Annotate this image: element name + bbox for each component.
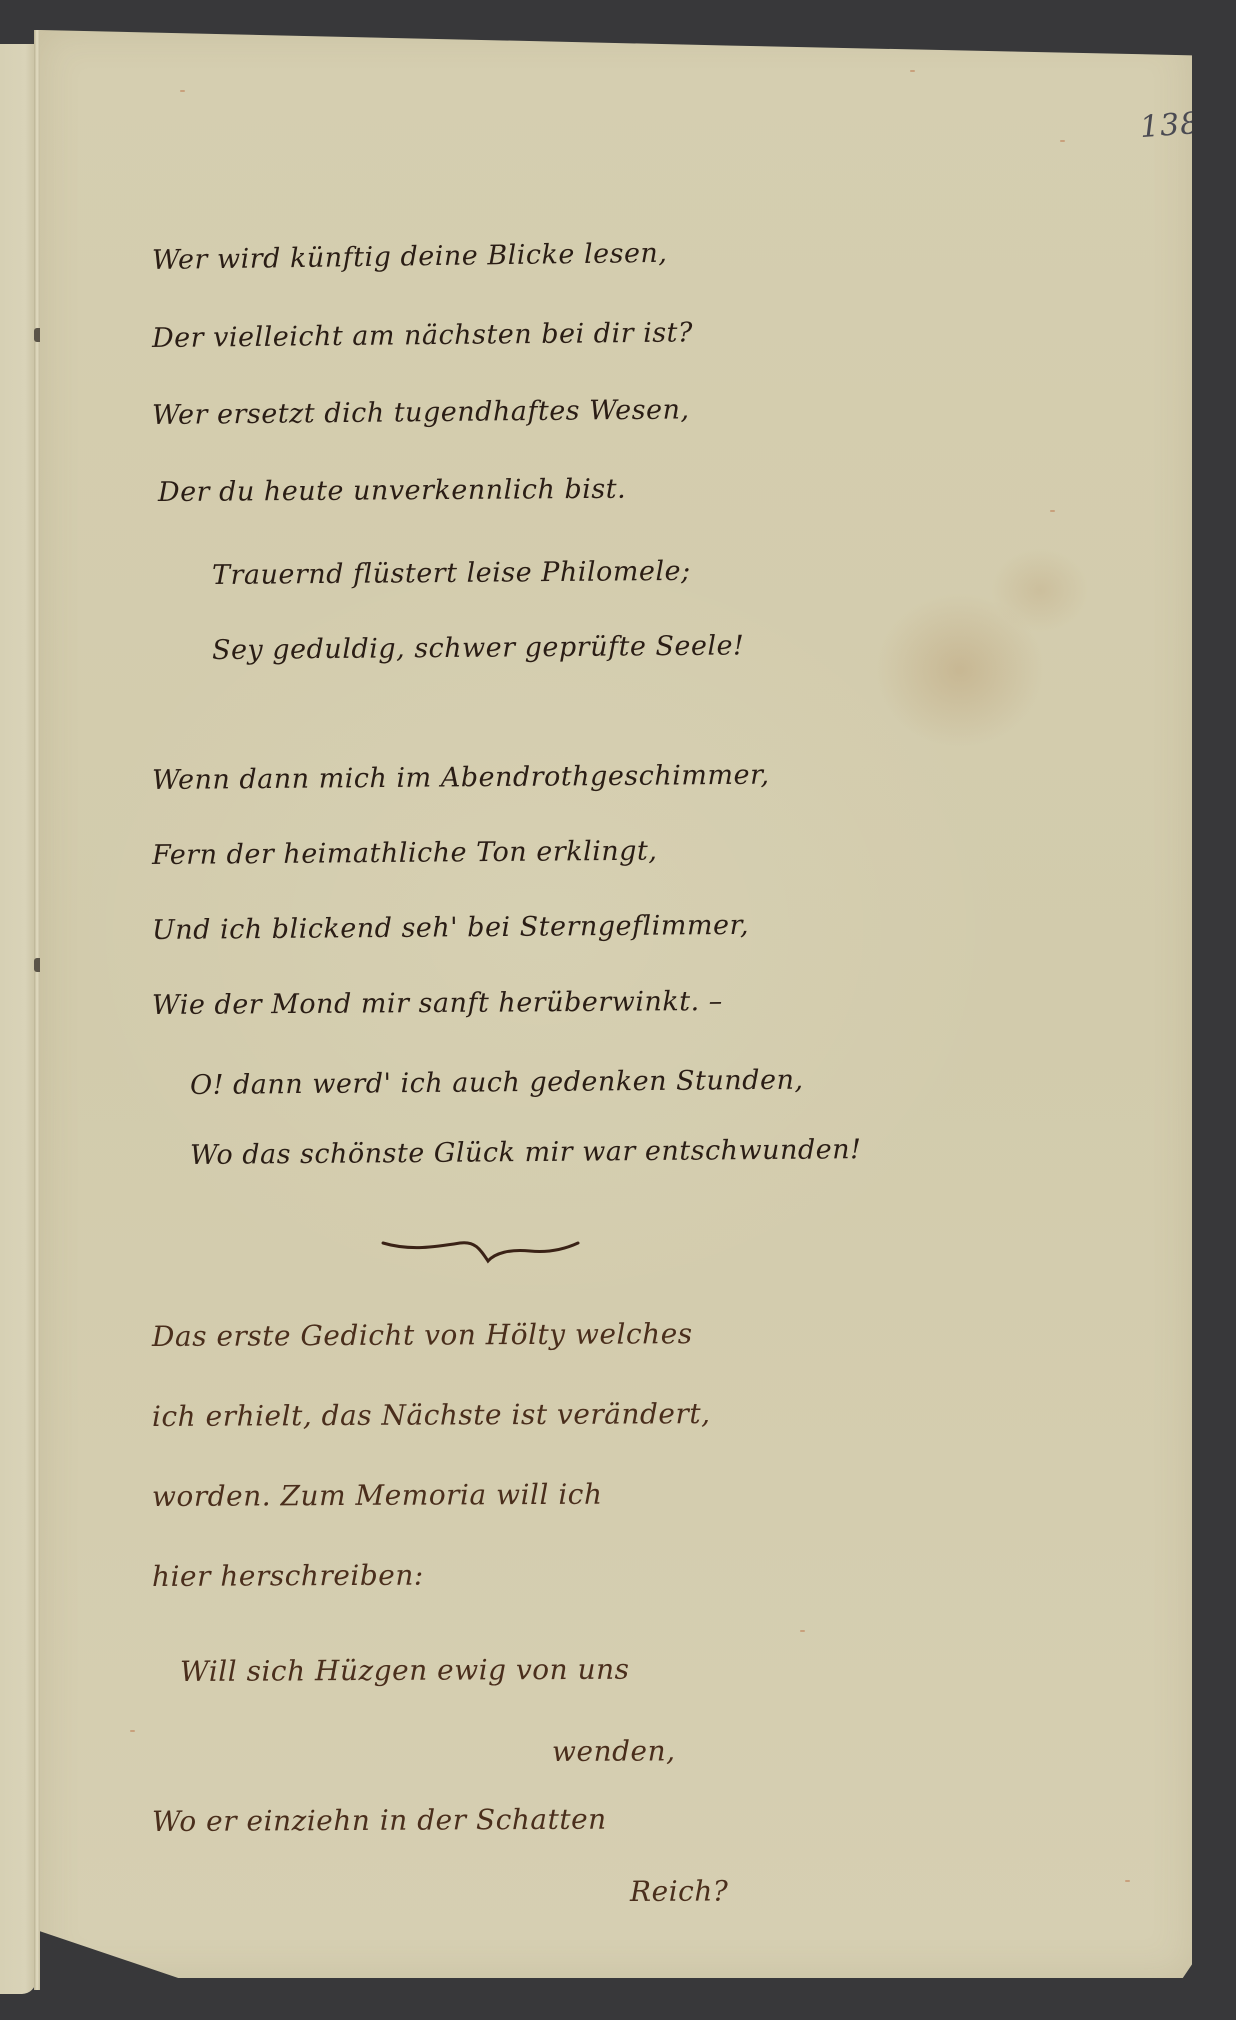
verse-line: Wer ersetzt dich tugendhaftes Wesen, — [152, 394, 690, 431]
paper-fleck — [130, 1730, 135, 1732]
verse-line: Der vielleicht am nächsten bei dir ist? — [152, 317, 693, 354]
verse-line: Trauernd flüstert leise Philomele; — [212, 556, 691, 591]
quoted-line: Reich? — [630, 1874, 729, 1908]
verse-line: O! dann werd' ich auch gedenken Stunden, — [190, 1065, 804, 1101]
verse-line: Sey geduldig, schwer geprüfte Seele! — [212, 630, 745, 666]
quoted-line: Wo er einziehn in der Schatten — [152, 1803, 607, 1838]
paper-fleck — [1050, 510, 1055, 512]
note-line: hier herschreiben: — [152, 1559, 424, 1593]
verse-line: Der du heute unverkennlich bist. — [158, 474, 626, 508]
facing-page-edge — [0, 44, 36, 1994]
note-line: worden. Zum Memoria will ich — [152, 1478, 603, 1513]
verse-line: Und ich blickend seh' bei Sterngeflimmer… — [152, 910, 749, 946]
paper-fleck — [800, 1630, 805, 1632]
verse-line: Wer wird künftig deine Blicke lesen, — [152, 238, 668, 276]
verse-line: Wie der Mond mir sanft herüberwinkt. – — [152, 986, 723, 1021]
book-gutter — [34, 30, 40, 1990]
manuscript-page: 138 Wer wird künftig deine Blicke lesen,… — [40, 30, 1192, 1978]
manuscript-scan: 138 Wer wird künftig deine Blicke lesen,… — [0, 0, 1236, 2020]
paper-fleck — [180, 90, 185, 92]
paper-fleck — [1060, 140, 1065, 142]
flourish-separator — [380, 1235, 580, 1275]
note-line: Das erste Gedicht von Hölty welches — [152, 1317, 693, 1353]
paper-fleck — [910, 70, 915, 72]
folio-number: 138 — [1139, 106, 1202, 145]
verse-line: Wenn dann mich im Abendrothgeschimmer, — [152, 760, 770, 796]
quoted-line: Will sich Hüzgen ewig von uns — [180, 1653, 630, 1688]
note-line: ich erhielt, das Nächste ist verändert, — [152, 1397, 711, 1433]
verse-line: Fern der heimathliche Ton erklingt, — [152, 836, 658, 871]
quoted-line: wenden, — [552, 1734, 676, 1768]
verse-line: Wo das schönste Glück mir war entschwund… — [190, 1134, 862, 1171]
paper-fleck — [1125, 1880, 1130, 1882]
